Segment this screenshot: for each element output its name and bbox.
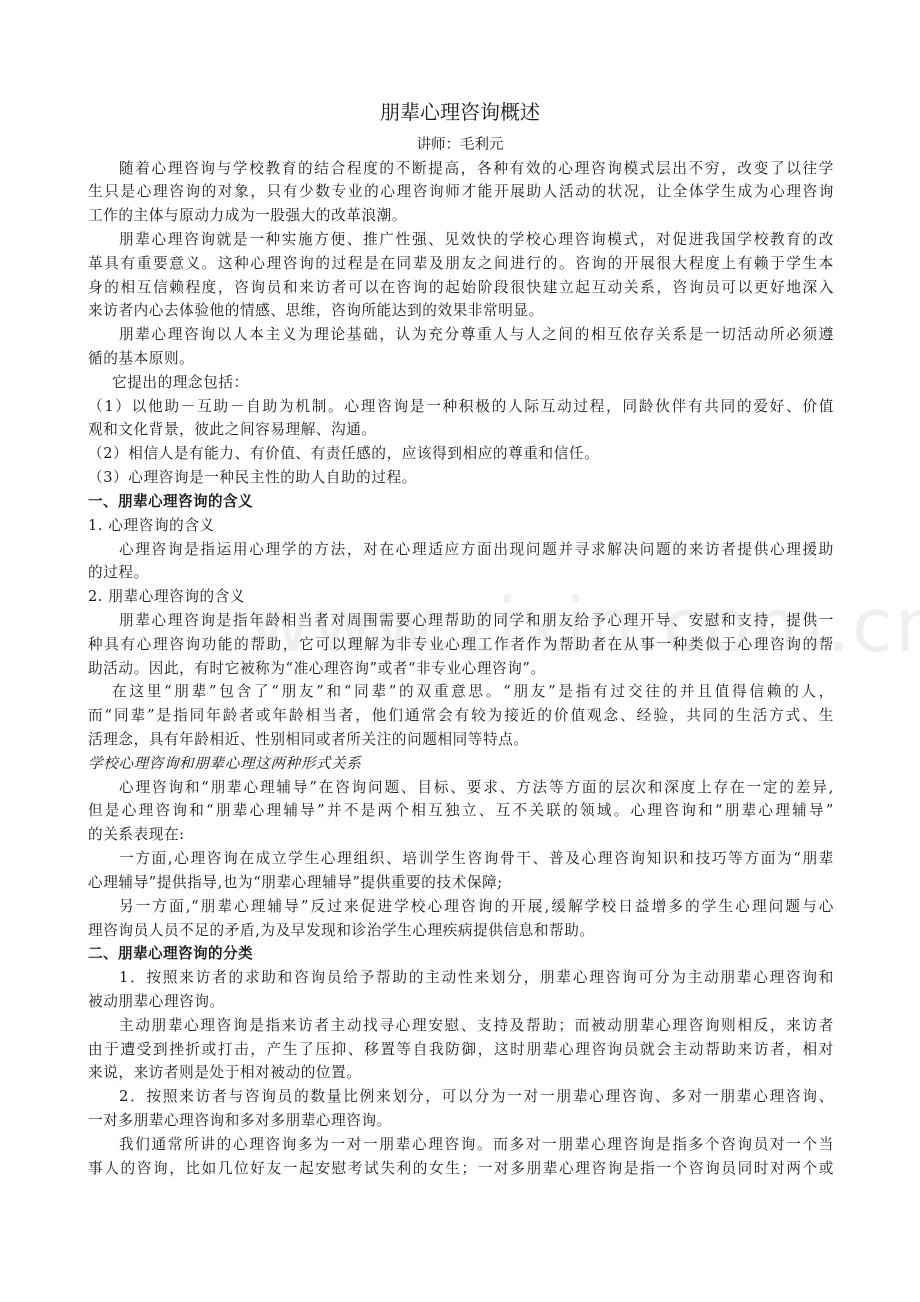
paragraph-line: 心理咨询和“朋辈心理辅导”在咨询问题、目标、要求、方法等方面的层次和深度上存在一…: [88, 776, 834, 800]
paragraph-line: 而“同辈”是指同年龄者或年龄相当者，他们通常会有较为接近的价值观念、经验，共同的…: [88, 704, 834, 728]
paragraph-line: 朋辈心理咨询以人本主义为理论基础，认为充分尊重人与人之间的相互依存关系是一切活动…: [88, 323, 834, 347]
paragraph-line: 来说，来访者则是处于相对被动的位置。: [88, 1061, 834, 1085]
list-item: （3）心理咨询是一种民主性的助人自助的过程。: [88, 466, 834, 490]
document-body: 随着心理咨询与学校教育的结合程度的不断提高，各种有效的心理咨询模式层出不穷，改变…: [88, 157, 834, 1181]
paragraph-line: 的过程。: [88, 561, 834, 585]
paragraph-line: 助活动。因此，有时它被称为“准心理咨询”或者“非专业心理咨询”。: [88, 657, 834, 681]
list-item: （1）以他助－互助－自助为机制。心理咨询是一种积极的人际互动过程，同龄伙伴有共同…: [88, 395, 834, 419]
paragraph-line: 工作的主体与原动力成为一股强大的改革浪潮。: [88, 204, 834, 228]
paragraph-line: 心理辅导”提供指导,也为“朋辈心理辅导”提供重要的技术保障;: [88, 871, 834, 895]
document-title: 朋辈心理咨询概述: [0, 99, 920, 125]
document-page: www.zixin.com.cn 朋辈心理咨询概述 讲师：毛利元 随着心理咨询与…: [0, 0, 920, 1302]
italic-subheading: 学校心理咨询和朋辈心理这两种形式关系: [88, 752, 834, 776]
paragraph-line: 革具有重要意义。这种心理咨询的过程是在同辈及朋友之间进行的。咨询的开展很大程度上…: [88, 252, 834, 276]
paragraph-line: 一对多朋辈心理咨询和多对多朋辈心理咨询。: [88, 1109, 834, 1133]
paragraph-line: 一方面,心理咨询在成立学生心理组织、培训学生咨询骨干、普及心理咨询知识和技巧等方…: [88, 847, 834, 871]
paragraph-line: 主动朋辈心理咨询是指来访者主动找寻心理安慰、支持及帮助；而被动朋辈心理咨询则相反…: [88, 1014, 834, 1038]
section-heading: 一、朋辈心理咨询的含义: [88, 490, 834, 514]
paragraph-line: 但是心理咨询和“朋辈心理辅导”并不是两个相互独立、互不关联的领域。心理咨询和“朋…: [88, 799, 834, 823]
paragraph-line: 身的相互信赖程度，咨询员和来访者可以在咨询的起始阶段很快建立起互动关系，咨询员可…: [88, 276, 834, 300]
paragraph-line: 由于遭受到挫折或打击，产生了压抑、移置等自我防御，这时朋辈心理咨询员就会主动帮助…: [88, 1038, 834, 1062]
paragraph-line: 心理咨询是指运用心理学的方法，对在心理适应方面出现问题并寻求解决问题的来访者提供…: [88, 538, 834, 562]
paragraph-line: 生只是心理咨询的对象，只有少数专业的心理咨询师才能开展助人活动的状况，让全体学生…: [88, 180, 834, 204]
paragraph-line: 随着心理咨询与学校教育的结合程度的不断提高，各种有效的心理咨询模式层出不穷，改变…: [88, 157, 834, 181]
subsection-heading: 1. 心理咨询的含义: [88, 514, 834, 538]
paragraph-line: 朋辈心理咨询是指年龄相当者对周围需要心理帮助的同学和朋友给予心理开导、安慰和支持…: [88, 609, 834, 633]
paragraph-line: 在这里“朋辈”包含了“朋友”和“同辈”的双重意思。“朋友”是指有过交往的并且值得…: [88, 680, 834, 704]
paragraph-line: 来访者内心去体验他的情感、思维，咨询所能达到的效果非常明显。: [88, 299, 834, 323]
paragraph-line: 事人的咨询，比如几位好友一起安慰考试失利的女生；一对多朋辈心理咨询是指一个咨询员…: [88, 1157, 834, 1181]
paragraph-line: 我们通常所讲的心理咨询多为一对一朋辈心理咨询。而多对一朋辈心理咨询是指多个咨询员…: [88, 1133, 834, 1157]
paragraph-line: 种具有心理咨询功能的帮助，它可以理解为非专业心理工作者作为帮助者在从事一种类似于…: [88, 633, 834, 657]
paragraph-line: 理咨询员人员不足的矛盾,为及早发现和诊治学生心理疾病提供信息和帮助。: [88, 919, 834, 943]
list-item: （2）相信人是有能力、有价值、有责任感的，应该得到相应的尊重和信任。: [88, 442, 834, 466]
paragraph-line: 1．按照来访者的求助和咨询员给予帮助的主动性来划分，朋辈心理咨询可分为主动朋辈心…: [88, 966, 834, 990]
list-item-continuation: 观和文化背景，彼此之间容易理解、沟通。: [88, 418, 834, 442]
paragraph-line: 朋辈心理咨询就是一种实施方便、推广性强、见效快的学校心理咨询模式，对促进我国学校…: [88, 228, 834, 252]
paragraph-line: 2．按照来访者与咨询员的数量比例来划分，可以分为一对一朋辈心理咨询、多对一朋辈心…: [88, 1085, 834, 1109]
lecturer-line: 讲师：毛利元: [0, 134, 920, 156]
paragraph-line: 活理念，具有年龄相近、性别相同或者所关注的问题相同等特点。: [88, 728, 834, 752]
paragraph-line: 的关系表现在:: [88, 823, 834, 847]
paragraph-line: 另一方面,“朋辈心理辅导”反过来促进学校心理咨询的开展,缓解学校日益增多的学生心…: [88, 895, 834, 919]
paragraph-line: 它提出的理念包括：: [88, 371, 834, 395]
section-heading: 二、朋辈心理咨询的分类: [88, 942, 834, 966]
subsection-heading: 2. 朋辈心理咨询的含义: [88, 585, 834, 609]
paragraph-line: 被动朋辈心理咨询。: [88, 990, 834, 1014]
paragraph-line: 循的基本原则。: [88, 347, 834, 371]
